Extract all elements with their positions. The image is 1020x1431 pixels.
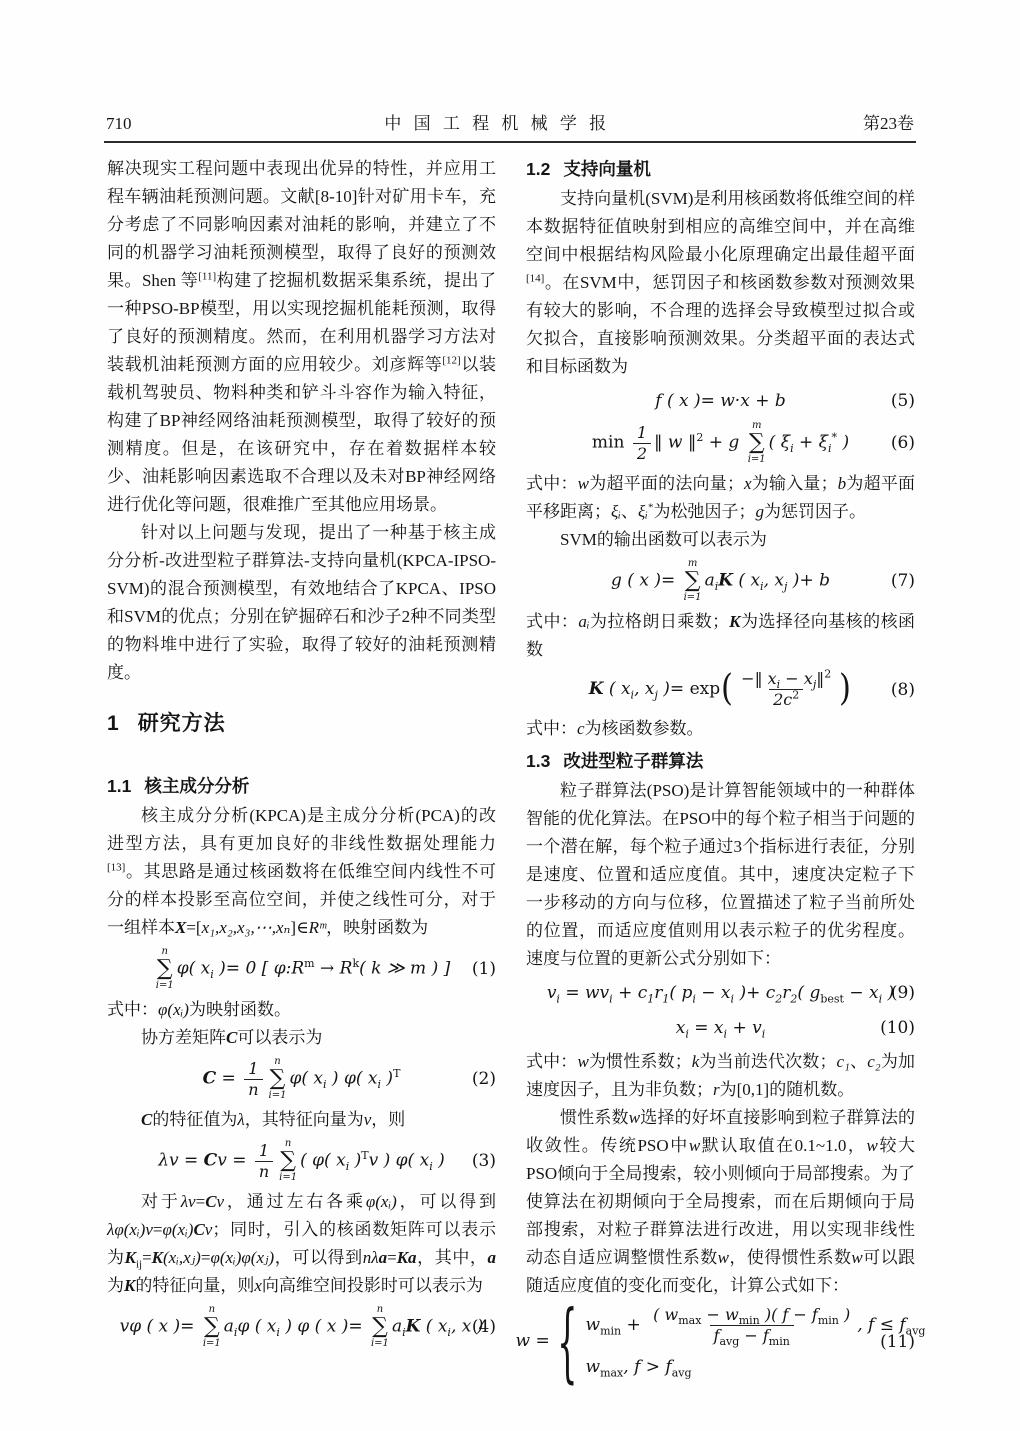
section-number: 1.3 [526, 747, 550, 775]
equation-1: n∑i=1φ( xi )= 0 [ φ:Rm → Rk( k ≫ m ) ] (… [107, 947, 496, 991]
section-heading-1: 1 研究方法 [107, 712, 496, 736]
equation-7: g ( x )= m∑i=1aiK ( xi, xj )+ b (7) [526, 559, 915, 603]
section-title: 支持向量机 [563, 155, 651, 183]
equation-10-number: (10) [880, 1017, 915, 1039]
equation-4: vφ ( x )= n∑i=1aiφ ( xi ) φ ( x )= n∑i=1… [107, 1305, 496, 1349]
equation-3-body: λv = Cv = 1nn∑i=1( φ( xi )Tv ) φ( xi ) [158, 1139, 445, 1183]
section-heading-1-3: 1.3 改进型粒子群算法 [526, 747, 915, 775]
section-number: 1.2 [526, 155, 550, 183]
equation-10: xi = xi + vi (10) [526, 1013, 915, 1043]
paragraph: 核主成分分析(KPCA)是主成分分析(PCA)的改进型方法，具有更加良好的非线性… [107, 802, 496, 942]
equation-1-number: (1) [472, 958, 496, 980]
paragraph: 解决现实工程问题中表现出优异的特性，并应用工程车辆油耗预测问题。文献[8-10]… [107, 155, 496, 519]
equation-9-number: (9) [891, 982, 915, 1004]
equation-6-number: (6) [891, 432, 915, 454]
paragraph: 支持向量机(SVM)是利用核函数将低维空间的样本数据特征值映射到相应的高维空间中… [526, 185, 915, 381]
equation-6-body: min 12‖ w ‖2 + g m∑i=1( ξi + ξi* ) [592, 421, 849, 465]
section-title: 改进型粒子群算法 [563, 747, 703, 775]
equation-6: min 12‖ w ‖2 + g m∑i=1( ξi + ξi* ) (6) [526, 421, 915, 465]
equation-11: w = {wmin + ( wmax − wmin )( f − fmin )f… [526, 1305, 915, 1378]
equation-5-number: (5) [891, 390, 915, 412]
section-title: 研究方法 [138, 712, 226, 736]
equation-3: λv = Cv = 1nn∑i=1( φ( xi )Tv ) φ( xi ) (… [107, 1139, 496, 1183]
section-title: 核主成分分析 [144, 772, 249, 800]
equation-1-body: n∑i=1φ( xi )= 0 [ φ:Rm → Rk( k ≫ m ) ] [153, 947, 451, 991]
section-number: 1 [107, 712, 120, 736]
volume-label: 第23卷 [863, 109, 914, 134]
paragraph: 式中：φ(xᵢ)为映射函数。 [107, 996, 496, 1024]
paragraph: 式中：c为核函数参数。 [526, 715, 915, 743]
equation-2: C = 1nn∑i=1φ( xi ) φ( xi )T (2) [107, 1057, 496, 1101]
paragraph: 惯性系数w选择的好坏直接影响到粒子群算法的收敛性。传统PSO中w默认取值在0.1… [526, 1104, 915, 1300]
equation-4-body: vφ ( x )= n∑i=1aiφ ( xi ) φ ( x )= n∑i=1… [120, 1305, 484, 1349]
header-rule [104, 141, 916, 143]
equation-9: vi = wvi + c1r1( pi − xi )+ c2r2( gbest … [526, 978, 915, 1008]
paragraph: 协方差矩阵C可以表示为 [107, 1024, 496, 1052]
equation-11-number: (11) [880, 1331, 915, 1353]
equation-3-number: (3) [472, 1150, 496, 1172]
section-number: 1.1 [107, 772, 131, 800]
paragraph: 式中：w为惯性系数；k为当前迭代次数；c₁、c₂为加速度因子，且为非负数；r为[… [526, 1048, 915, 1104]
section-heading-1-1: 1.1 核主成分分析 [107, 772, 496, 800]
paragraph: 对于λv=Cv，通过左右各乘φ(xᵢ)，可以得到λφ(xᵢ)v=φ(xᵢ)Cv；… [107, 1188, 496, 1300]
equation-2-number: (2) [472, 1068, 496, 1090]
equation-9-body: vi = wvi + c1r1( pi − xi )+ c2r2( gbest … [547, 982, 894, 1004]
equation-10-body: xi = xi + vi [676, 1017, 765, 1039]
paragraph: 式中：aᵢ为拉格朗日乘数；K为选择径向基核的核函数 [526, 608, 915, 664]
equation-2-body: C = 1nn∑i=1φ( xi ) φ( xi )T [203, 1057, 401, 1101]
section-heading-1-2: 1.2 支持向量机 [526, 155, 915, 183]
equation-7-body: g ( x )= m∑i=1aiK ( xi, xj )+ b [611, 559, 830, 603]
paragraph: C的特征值为λ，其特征向量为v，则 [107, 1106, 496, 1134]
equation-11-body: w = {wmin + ( wmax − wmin )( f − fmin )f… [516, 1305, 926, 1378]
paper-page: 710 中 国 工 程 机 械 学 报 第23卷 解决现实工程问题中表现出优异的… [0, 0, 1020, 1431]
right-column: 1.2 支持向量机 支持向量机(SVM)是利用核函数将低维空间的样本数据特征值映… [526, 155, 915, 1383]
journal-title: 中 国 工 程 机 械 学 报 [384, 109, 610, 134]
equation-8: K ( xi, xj )= exp(−‖ xi − xj‖22c2) (8) [526, 669, 915, 710]
equation-5: f ( x )= w·x + b (5) [526, 386, 915, 416]
paragraph: 粒子群算法(PSO)是计算智能领域中的一种群体智能的优化算法。在PSO中的每个粒… [526, 777, 915, 973]
paragraph: SVM的输出函数可以表示为 [526, 526, 915, 554]
equation-8-body: K ( xi, xj )= exp(−‖ xi − xj‖22c2) [589, 669, 853, 710]
page-number: 710 [106, 114, 132, 134]
equation-8-number: (8) [891, 679, 915, 701]
page-header: 710 中 国 工 程 机 械 学 报 第23卷 [106, 109, 914, 134]
equation-5-body: f ( x )= w·x + b [655, 390, 785, 412]
paragraph: 针对以上问题与发现，提出了一种基于核主成分分析-改进型粒子群算法-支持向量机(K… [107, 519, 496, 687]
equation-4-number: (4) [472, 1316, 496, 1338]
equation-7-number: (7) [891, 570, 915, 592]
two-column-body: 解决现实工程问题中表现出优异的特性，并应用工程车辆油耗预测问题。文献[8-10]… [107, 155, 915, 1383]
paragraph: 式中：w为超平面的法向量；x为输入量；b为超平面平移距离；ξᵢ、ξᵢ*为松弛因子… [526, 470, 915, 526]
left-column: 解决现实工程问题中表现出优异的特性，并应用工程车辆油耗预测问题。文献[8-10]… [107, 155, 496, 1383]
